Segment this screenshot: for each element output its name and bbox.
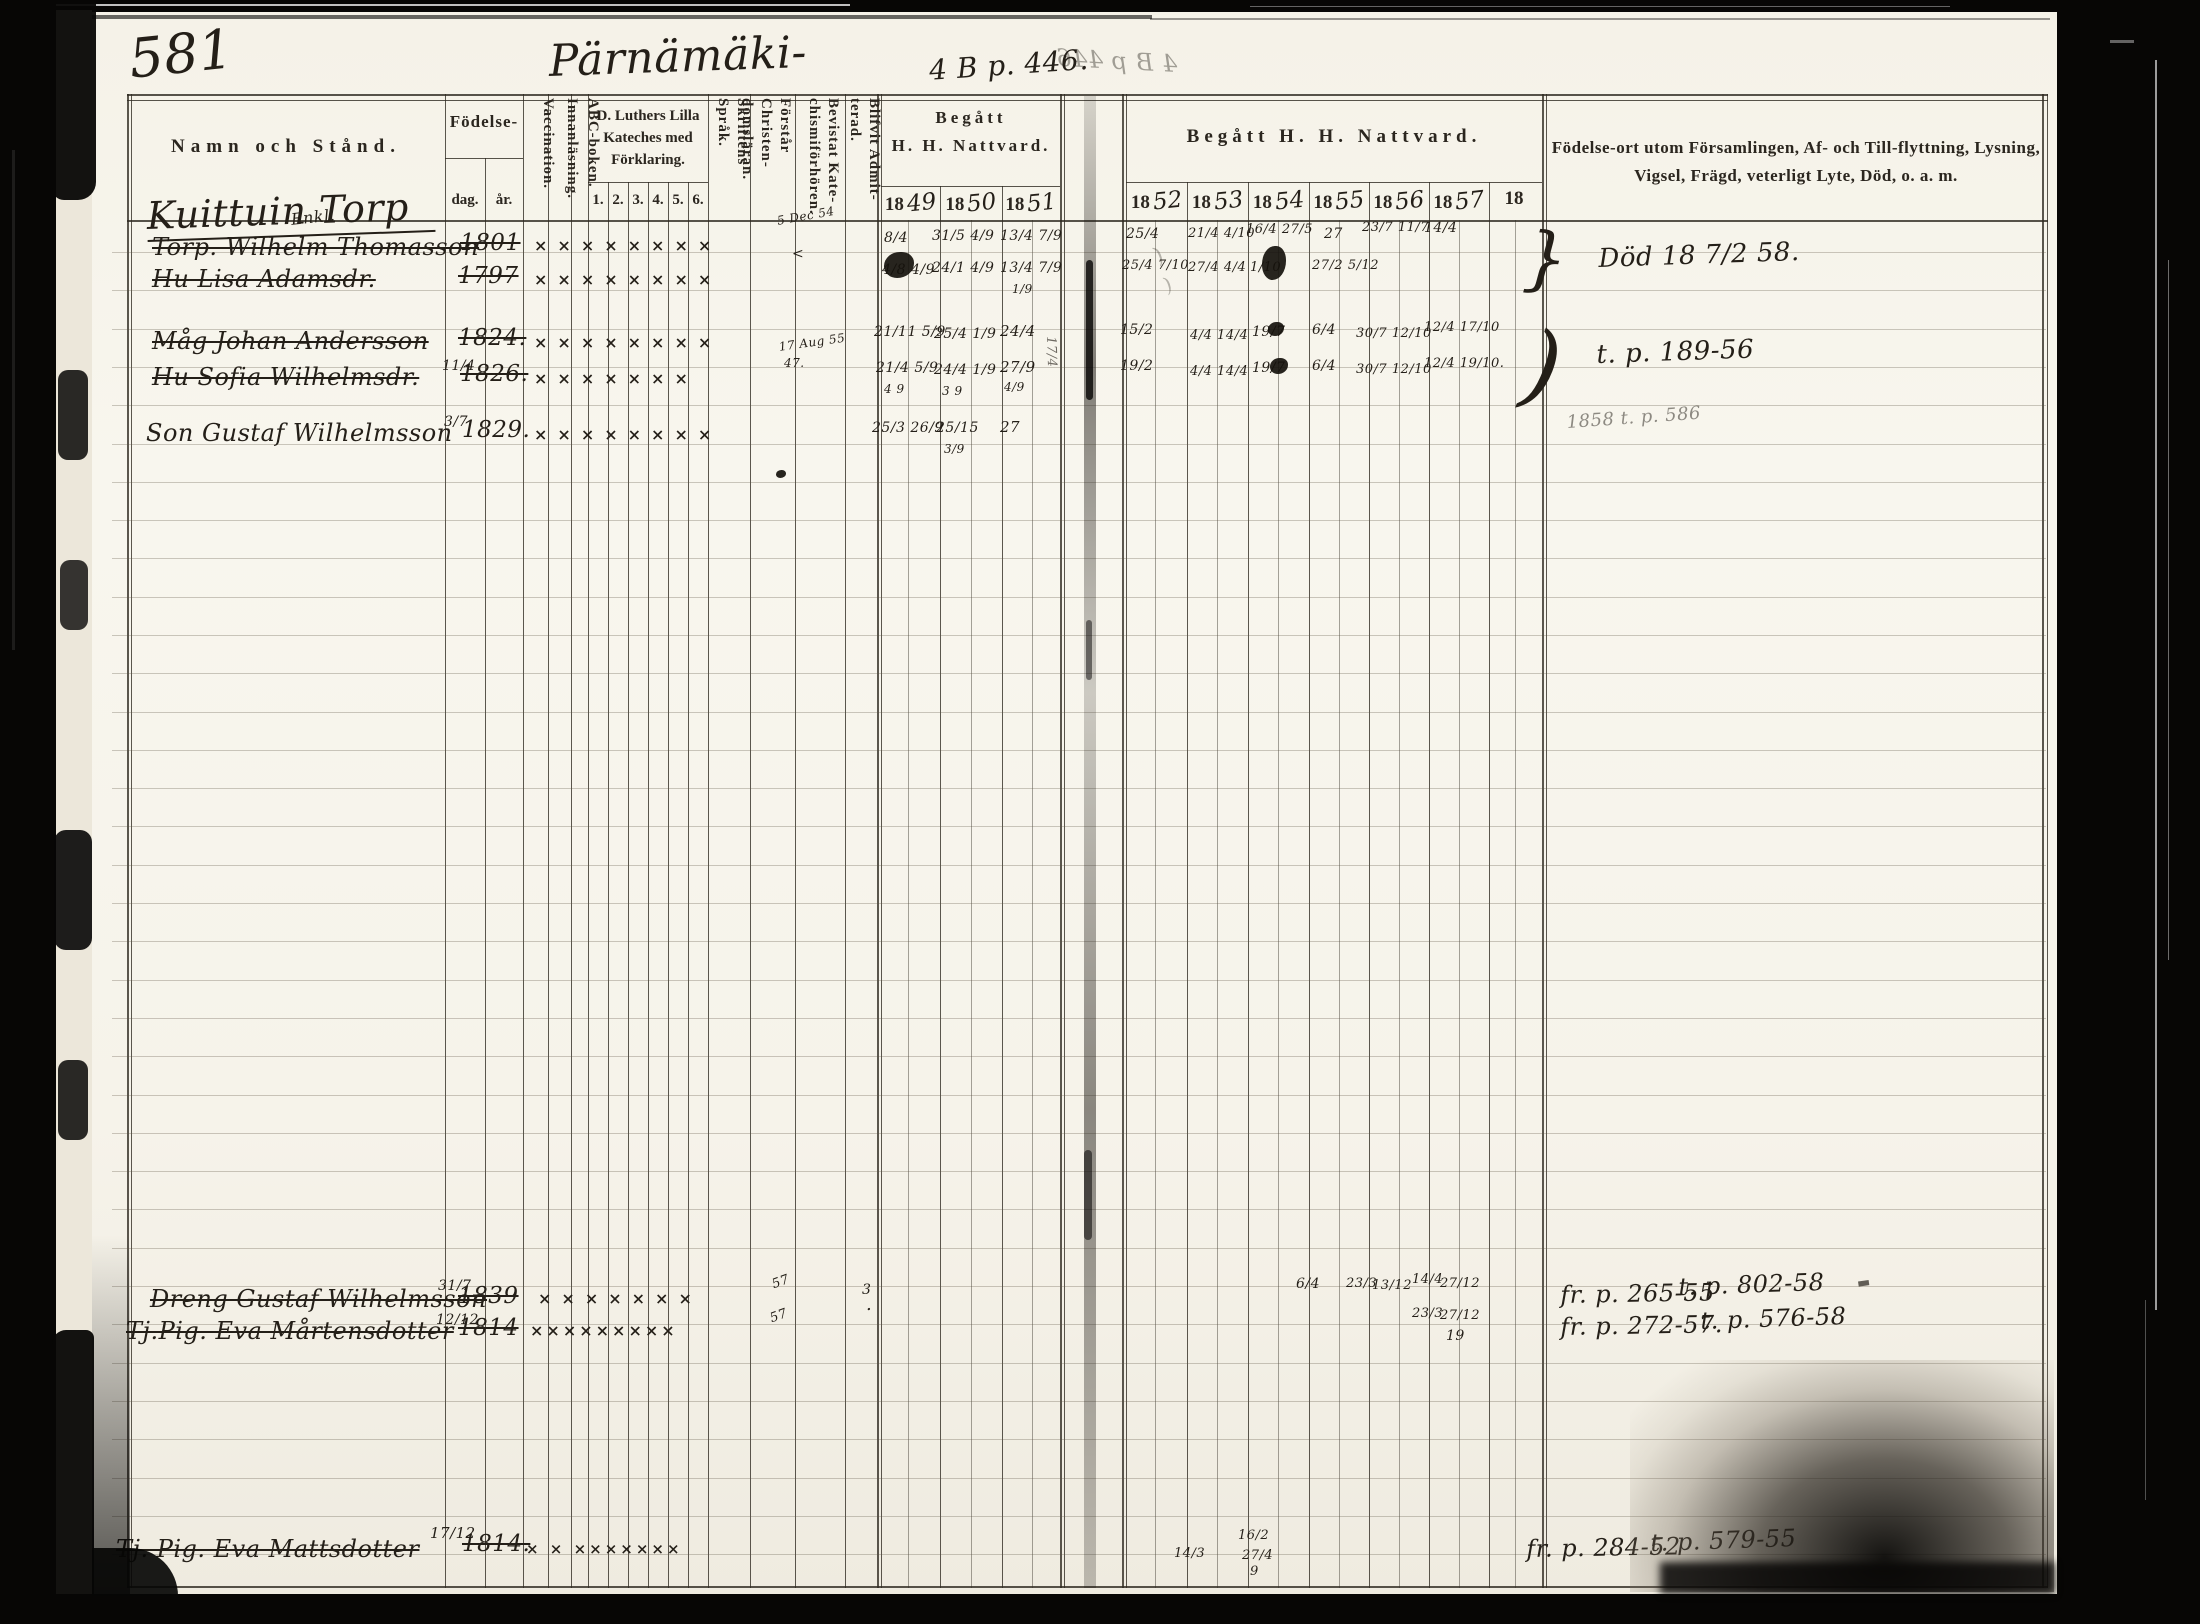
ruled-line xyxy=(112,673,2046,674)
column-header-birth: Födelse- xyxy=(450,112,518,132)
communion1-year-1: 1850 xyxy=(940,190,1002,216)
ruled-line xyxy=(112,1095,2046,1096)
entry5-marks: ×××××××× xyxy=(534,425,721,444)
binding-blob-1 xyxy=(52,0,96,200)
entry1-communion-1850: 31/5 4/9 xyxy=(932,228,994,244)
entry6-communion-1856b: 27/12 xyxy=(1440,1276,1480,1291)
entry8-communion-1853: 14/3 xyxy=(1174,1546,1205,1561)
communion2-year-4: 1856 xyxy=(1369,188,1429,214)
entry4-birth-year: 1826. xyxy=(460,361,528,387)
entry1-communion-1851: 13/4 7/9 xyxy=(1000,228,1062,244)
column-header-catechism-2: Kateches med xyxy=(603,130,693,147)
communion2-year-6: 18 xyxy=(1489,188,1542,210)
column-header-notes-line1: Födelse-ort utom Församlingen, Af- och T… xyxy=(1552,138,2040,158)
entry6-communion-1855c: 13/12 xyxy=(1372,1278,1412,1293)
grid-hline xyxy=(881,186,1060,187)
grid-vline xyxy=(1155,220,1156,1588)
ruled-line xyxy=(112,520,2046,521)
ruled-line xyxy=(112,865,2046,866)
entry4-communion-1850b: 3 9 xyxy=(942,384,963,398)
entry4-marks: ××××××× xyxy=(534,369,698,388)
column-header-birth-year: år. xyxy=(496,192,513,209)
communion2-year-2: 1854 xyxy=(1248,188,1309,214)
grid-hline xyxy=(588,182,708,183)
entry3-forhor-note2: 47. xyxy=(784,356,805,370)
entry6-communion-1856: 14/4 xyxy=(1412,1272,1443,1287)
year-written: 50 xyxy=(966,189,998,218)
entry4-communion-1852: 19/2 xyxy=(1120,358,1153,374)
entry7-communion-1856c: 19 xyxy=(1446,1328,1465,1344)
bottom-right-band xyxy=(1660,1562,2055,1594)
entry5-communion-1851: 27 xyxy=(1000,418,1020,436)
grid-vline xyxy=(1339,220,1340,1588)
entry5-communion-1850: 25/15 xyxy=(936,420,979,436)
right-streak-2 xyxy=(2168,260,2169,960)
entry1-communion-1849: 8/4 xyxy=(884,230,908,246)
entry7-communion-1856b: 27/12 xyxy=(1440,1308,1480,1323)
entry4-communion-1851: 27/9 xyxy=(1000,358,1036,376)
scan-edge-left xyxy=(0,0,56,1624)
year-written: 55 xyxy=(1334,187,1366,216)
ruled-line xyxy=(112,635,2046,636)
entry8-communion-1854c: 9 xyxy=(1250,1564,1259,1579)
scan-edge-right xyxy=(2057,0,2200,1624)
entry1-communion-1856: 23/7 11/7 xyxy=(1362,220,1429,235)
paper-top-shadow1 xyxy=(92,15,1152,19)
entry4-name: Hu Sofia Wilhelmsdr. xyxy=(152,363,419,391)
binding-blob-3 xyxy=(60,560,88,630)
entry5-birth-year: 1829. xyxy=(462,417,530,443)
grid-vline xyxy=(668,182,669,1588)
ruled-line xyxy=(112,1018,2046,1019)
entry3-communion-1850: 25/4 1/9 xyxy=(934,326,996,342)
ruled-line xyxy=(112,1171,2046,1172)
grid-vline xyxy=(1002,186,1003,1588)
binding-blob-5 xyxy=(58,1060,88,1140)
entry1-communion-1855: 27 xyxy=(1324,226,1343,242)
rotated-column-header-5: Bevistat Kate- chismiförhören. xyxy=(798,98,842,216)
note-entry6-to: t. p. 802-58 xyxy=(1678,1268,1825,1301)
entry1-communion-1857: 14/4 xyxy=(1424,220,1457,236)
communion2-year-3: 1855 xyxy=(1309,188,1369,214)
page-number: 581 xyxy=(126,17,237,91)
year-written: 56 xyxy=(1394,187,1426,216)
ruled-line xyxy=(112,597,2046,598)
year-written: 53 xyxy=(1213,187,1245,216)
year-printed: 18 xyxy=(1505,188,1524,209)
entry1-communion-1853: 21/4 4/10 xyxy=(1188,226,1255,241)
column-header-catechism-3: Förklaring. xyxy=(611,152,685,169)
entry5-name: Son Gustaf Wilhelmsson xyxy=(146,419,453,447)
rotated-column-header-4: Förstår Christen- domsläran. xyxy=(750,98,794,216)
catechism-col-1: 1. xyxy=(592,192,603,209)
entry8-communion-1854: 16/2 xyxy=(1238,1528,1269,1543)
note-entry7-from: fr. p. 272-57. xyxy=(1560,1310,1723,1341)
entry3-communion-1851: 24/4 xyxy=(1000,322,1036,340)
ruled-line xyxy=(112,1133,2046,1134)
catechism-col-2: 2. xyxy=(612,192,623,209)
entry8-communion-1854b: 27/4 xyxy=(1242,1548,1273,1563)
entry7-marks: ××××××××× xyxy=(530,1321,678,1340)
catechism-col-5: 5. xyxy=(672,192,683,209)
grid-vline xyxy=(1217,220,1218,1588)
entry4-communion-1856: 30/7 12/10 xyxy=(1356,362,1432,377)
year-written: 49 xyxy=(906,189,938,218)
binding-blob-2 xyxy=(58,370,88,460)
column-header-catechism-1: D. Luthers Lilla xyxy=(597,108,700,125)
communion1-year-2: 1851 xyxy=(1002,190,1060,216)
entry1-birth-year: 1801 xyxy=(460,230,521,256)
bottom-right-smudge xyxy=(1630,1360,2054,1592)
ruled-line xyxy=(112,405,2046,406)
entry2-communion-1850: 24/1 4/9 xyxy=(932,260,994,276)
entry3-communion-1856: 30/7 12/10 xyxy=(1356,326,1432,341)
entry4-communion-1853: 4/4 14/4 xyxy=(1190,364,1248,379)
entry5-communion-1850b: 3/9 xyxy=(944,442,965,456)
entry8-birth-year: 1814. xyxy=(462,1531,530,1557)
scan-streak-top1 xyxy=(0,4,850,6)
year-printed: 18 xyxy=(1253,192,1272,213)
entry3-communion-1857: 12/4 17/10 xyxy=(1424,320,1500,335)
scan-edge-bottom xyxy=(0,1594,2200,1624)
year-printed: 18 xyxy=(1005,194,1024,215)
entry8-marks: × × ××××××× xyxy=(526,1540,683,1558)
entry4-communion-1850: 24/4 1/9 xyxy=(934,362,996,378)
grid-vline xyxy=(1515,220,1516,1588)
entry6-communion-1855: 6/4 xyxy=(1296,1276,1320,1292)
ruled-line xyxy=(112,903,2046,904)
entry6-birth-year: 1839 xyxy=(458,1283,519,1309)
ruled-line xyxy=(112,1209,2046,1210)
communion2-year-1: 1853 xyxy=(1187,188,1248,214)
grid-vline xyxy=(1399,220,1400,1588)
ruled-line xyxy=(112,290,2046,291)
entry4-communion-1849: 21/4 5/9 xyxy=(876,360,938,376)
entry1-name: Torp. Wilhelm Thomasson xyxy=(152,233,479,261)
entry2-birth-year: 1797 xyxy=(458,263,519,289)
grid-vline xyxy=(940,186,941,1588)
communion1-year-0: 1849 xyxy=(881,190,940,216)
right-streak-3 xyxy=(2145,1300,2146,1500)
grid-vline xyxy=(688,182,689,1588)
entry3-marks: ×××××××× xyxy=(534,333,721,352)
column-header-birth-day: dag. xyxy=(451,192,478,209)
crease-blob-3 xyxy=(1084,1150,1092,1240)
entry3-admit-note: 17/4 xyxy=(1043,336,1059,368)
year-printed: 18 xyxy=(1131,192,1150,213)
grid-vline xyxy=(1187,182,1188,1588)
right-streak-1 xyxy=(2155,60,2157,1310)
margin-bracket-1: } xyxy=(1520,216,1571,301)
year-printed: 18 xyxy=(1433,192,1452,213)
entry7-communion-1856: 23/3 xyxy=(1412,1306,1443,1321)
scan-streak-top2 xyxy=(1250,6,1950,7)
year-written: 54 xyxy=(1274,187,1306,216)
grid-hline xyxy=(445,158,523,159)
entry3-communion-1853: 4/4 14/4 xyxy=(1190,328,1248,343)
entry2-name: Hu Lisa Adamsdr. xyxy=(152,265,376,293)
binding-blob-6 xyxy=(52,1330,94,1624)
column-header-notes-line2: Vigsel, Frägd, veterligt Lyte, Död, o. a… xyxy=(1634,166,1958,186)
ruled-line xyxy=(112,558,2046,559)
note-entry34-moved: t. p. 189-56 xyxy=(1596,334,1755,369)
entry1-marks: ×××××××× xyxy=(534,236,721,255)
year-printed: 18 xyxy=(885,194,904,215)
ruled-line xyxy=(112,1056,2046,1057)
grid-vline xyxy=(608,182,609,1588)
page-title: Pärnämäki- xyxy=(548,27,808,87)
ruled-line xyxy=(112,826,2046,827)
rotated-column-header-6: Blifvit Admit- terad. xyxy=(839,98,883,216)
paper-top-shadow2 xyxy=(1150,18,2050,20)
grid-vline xyxy=(1429,182,1430,1588)
entry1-communion-1854: 16/4 27/5 xyxy=(1246,222,1313,237)
catechism-col-3: 3. xyxy=(632,192,643,209)
entry2-communion-1855: 27/2 5/12 xyxy=(1312,258,1379,273)
year-printed: 18 xyxy=(1192,192,1211,213)
year-printed: 18 xyxy=(1373,192,1392,213)
ruled-line xyxy=(112,980,2046,981)
entry4-communion-1855: 6/4 xyxy=(1312,358,1336,374)
note-entry7-to: t. p. 576-58 xyxy=(1700,1302,1847,1335)
year-printed: 18 xyxy=(1313,192,1332,213)
ruled-line xyxy=(112,788,2046,789)
grid-vline xyxy=(1459,220,1460,1588)
entry6-admit-dot: . xyxy=(866,1294,872,1315)
crease-blob-1 xyxy=(1086,260,1093,400)
ink-smear: ▬ xyxy=(1856,1274,1872,1292)
grid-vline xyxy=(1278,220,1279,1588)
entry4-communion-1857: 12/4 19/10. xyxy=(1424,356,1504,371)
catechism-col-6: 6. xyxy=(692,192,703,209)
entry2-communion-1851: 13/4 7/9 xyxy=(1000,260,1062,276)
entry2-communion-1853: 27/4 4/4 xyxy=(1188,260,1246,275)
entry7-birth-year: 1814 xyxy=(458,1315,519,1341)
ruled-line xyxy=(112,482,2046,483)
year-written: 57 xyxy=(1454,187,1486,216)
ruled-line xyxy=(112,712,2046,713)
scanned-ledger-page: Namn och Stånd. Födelse- dag. år. D. Lut… xyxy=(0,0,2200,1624)
grid-vline xyxy=(1489,182,1490,1588)
communion2-year-0: 1852 xyxy=(1126,188,1187,214)
entry6-marks: ××××××× xyxy=(538,1289,702,1308)
entry3-communion-1855: 6/4 xyxy=(1312,322,1336,338)
column-header-communion2: Begått H. H. Nattvard. xyxy=(1187,126,1482,148)
entry3-communion-1852: 15/2 xyxy=(1120,322,1153,338)
year-printed: 18 xyxy=(945,194,964,215)
entry3-birth-year: 1824. xyxy=(458,325,526,351)
entry6-name: Dreng Gustaf Wilhelmsson xyxy=(150,1285,487,1313)
entry2-communion-1852: 25/4 7/10 xyxy=(1122,258,1189,273)
grid-vline xyxy=(1248,182,1249,1588)
year-written: 51 xyxy=(1026,189,1058,218)
entry1-communion-1852: 25/4 xyxy=(1126,226,1159,242)
right-streak-4 xyxy=(2110,40,2134,43)
entry4-communion-1851b: 4/9 xyxy=(1004,380,1025,394)
entry4-communion-1849b: 4 9 xyxy=(884,382,905,396)
ruled-line xyxy=(112,1248,2046,1249)
entry3-name: Måg Johan Andersson xyxy=(152,327,429,355)
left-edge-shadow xyxy=(92,1235,130,1595)
entry5-communion-1849: 25/3 26/9 xyxy=(872,420,944,436)
entry7-name: Tj.Pig. Eva Mårtensdotter xyxy=(126,1317,454,1345)
crease-blob-2 xyxy=(1086,620,1092,680)
column-header-name: Namn och Stånd. xyxy=(171,136,401,158)
grid-vline xyxy=(628,182,629,1588)
grid-vline xyxy=(1369,182,1370,1588)
year-written: 52 xyxy=(1152,187,1184,216)
entry2-communion-1851b: 1/9 xyxy=(1012,282,1033,296)
communion2-year-5: 1857 xyxy=(1429,188,1489,214)
grid-vline xyxy=(1032,220,1033,1588)
column-header-communion1-line1: Begått xyxy=(935,108,1006,128)
binding-streak xyxy=(12,150,15,650)
entry2-forhor-note: < xyxy=(792,246,804,262)
grid-vline xyxy=(1309,182,1310,1588)
binding-blob-4 xyxy=(54,830,92,950)
ruled-line xyxy=(112,750,2046,751)
grid-vline xyxy=(648,182,649,1588)
ruled-line xyxy=(112,941,2046,942)
grid-hline xyxy=(1126,182,1542,183)
catechism-col-4: 4. xyxy=(652,192,663,209)
column-header-communion1-line2: H. H. Nattvard. xyxy=(892,136,1051,156)
entry2-marks: ×××××××× xyxy=(534,270,721,289)
